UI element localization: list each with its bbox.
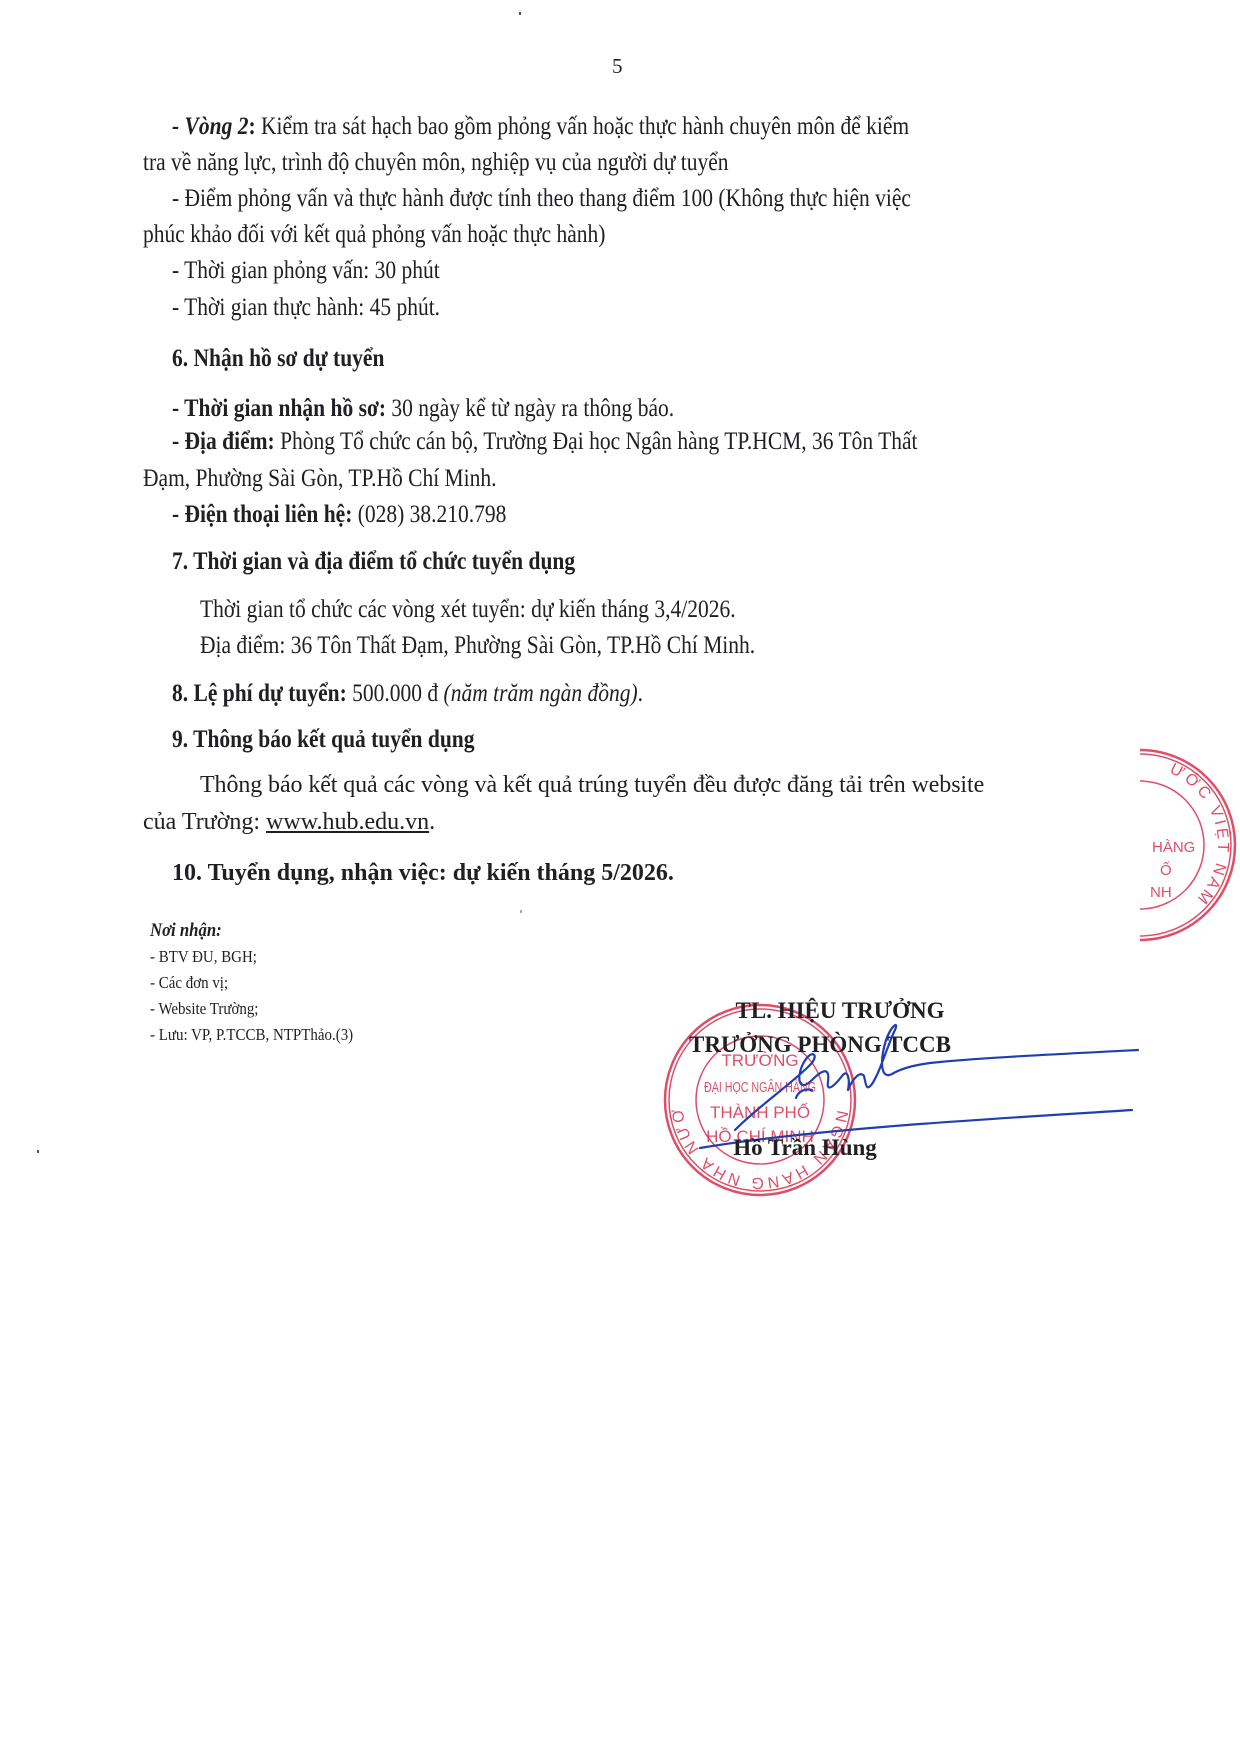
- official-seal-stamp: NGÂN HÀNG NHÀ NƯỚC VIỆT NAM TRƯỜNG ĐẠI H…: [660, 1000, 860, 1200]
- location-line2: Đạm, Phường Sài Gòn, TP.Hồ Chí Minh.: [143, 465, 497, 493]
- fee-end: .: [638, 680, 643, 707]
- seal-outer-text: NGÂN HÀNG NHÀ NƯỚC VIỆT NAM: [660, 1000, 850, 1191]
- fee-amount: 500.000 đ: [347, 680, 444, 707]
- section6-heading: 6. Nhận hồ sơ dự tuyển: [172, 345, 384, 373]
- scan-artifact: [519, 12, 521, 15]
- section9-heading: 9. Thông báo kết quả tuyển dụng: [172, 726, 475, 754]
- svg-text:ĐẠI HỌC NGÂN HÀNG: ĐẠI HỌC NGÂN HÀNG: [704, 1079, 816, 1096]
- section9-text-line1: Thông báo kết quả các vòng và kết quả tr…: [200, 772, 984, 799]
- phone-label: - Điện thoại liên hệ:: [172, 501, 352, 528]
- recipient-item: - BTV ĐU, BGH;: [150, 947, 257, 967]
- page-number: 5: [612, 54, 623, 79]
- vong2-label: - Vòng 2: [172, 113, 248, 140]
- recipient-item: - Các đơn vị;: [150, 973, 228, 993]
- recipient-item: - Lưu: VP, P.TCCB, NTPThảo.(3): [150, 1025, 353, 1045]
- interview-time: - Thời gian phỏng vấn: 30 phút: [172, 257, 440, 285]
- svg-text:NH: NH: [1150, 884, 1172, 901]
- phone-value: (028) 38.210.798: [352, 501, 506, 528]
- vong2-paragraph-line1: - Vòng 2: Kiểm tra sát hạch bao gồm phỏn…: [172, 113, 909, 141]
- fee-label: 8. Lệ phí dự tuyển:: [172, 680, 347, 707]
- vong2-text: Kiểm tra sát hạch bao gồm phỏng vấn hoặc…: [256, 113, 909, 140]
- location-line1: - Địa điểm: Phòng Tổ chức cán bộ, Trường…: [172, 428, 918, 456]
- recipients-title: Nơi nhận:: [150, 920, 222, 942]
- svg-text:THÀNH PHỐ: THÀNH PHỐ: [710, 1102, 810, 1122]
- svg-text:Ố: Ố: [1160, 861, 1172, 879]
- edge-seal-stamp: ƯỚC VIỆT NAM HÀNG Ố NH: [1040, 745, 1240, 945]
- phone-line: - Điện thoại liên hệ: (028) 38.210.798: [172, 501, 506, 529]
- section7-heading: 7. Thời gian và địa điểm tổ chức tuyển d…: [172, 548, 575, 576]
- recipient-item: - Website Trường;: [150, 999, 258, 1019]
- section10-text: 10. Tuyển dụng, nhận việc: dự kiến tháng…: [172, 860, 674, 887]
- signer-name: Hồ Trần Hùng: [595, 1135, 1015, 1161]
- scan-artifact: [520, 910, 522, 913]
- vong2-paragraph-line2: tra về năng lực, trình độ chuyên môn, ng…: [143, 149, 728, 177]
- svg-text:ƯỚC VIỆT NAM: ƯỚC VIỆT NAM: [1167, 761, 1233, 910]
- website-suffix: .: [429, 809, 435, 835]
- score-paragraph-line2: phúc khảo đối với kết quả phỏng vấn hoặc…: [143, 221, 605, 249]
- location-value: Phòng Tổ chức cán bộ, Trường Đại học Ngâ…: [275, 428, 918, 455]
- section7-time: Thời gian tổ chức các vòng xét tuyển: dự…: [200, 596, 736, 624]
- svg-text:HÀNG: HÀNG: [1152, 839, 1195, 856]
- signature-title-line1: TL. HIỆU TRƯỞNG: [630, 998, 1050, 1024]
- receive-time-label: - Thời gian nhận hồ sơ:: [172, 395, 386, 422]
- section8-fee: 8. Lệ phí dự tuyển: 500.000 đ (năm trăm …: [172, 680, 643, 708]
- receive-time-line: - Thời gian nhận hồ sơ: 30 ngày kể từ ng…: [172, 395, 674, 423]
- section9-text-line2: của Trường: www.hub.edu.vn.: [143, 809, 435, 836]
- signature-title-line2: TRƯỞNG PHÒNG TCCB: [610, 1032, 1030, 1058]
- location-label: - Địa điểm:: [172, 428, 275, 455]
- website-link[interactable]: www.hub.edu.vn: [266, 809, 429, 835]
- website-prefix: của Trường:: [143, 809, 266, 835]
- fee-amount-words: (năm trăm ngàn đồng): [444, 680, 638, 707]
- scan-artifact: [37, 1150, 39, 1153]
- section7-place: Địa điểm: 36 Tôn Thất Đạm, Phường Sài Gò…: [200, 632, 755, 660]
- practice-time: - Thời gian thực hành: 45 phút.: [172, 294, 440, 322]
- score-paragraph-line1: - Điểm phỏng vấn và thực hành được tính …: [172, 185, 911, 213]
- document-page: 5 - Vòng 2: Kiểm tra sát hạch bao gồm ph…: [0, 0, 1240, 1754]
- receive-time-value: 30 ngày kể từ ngày ra thông báo.: [386, 395, 674, 422]
